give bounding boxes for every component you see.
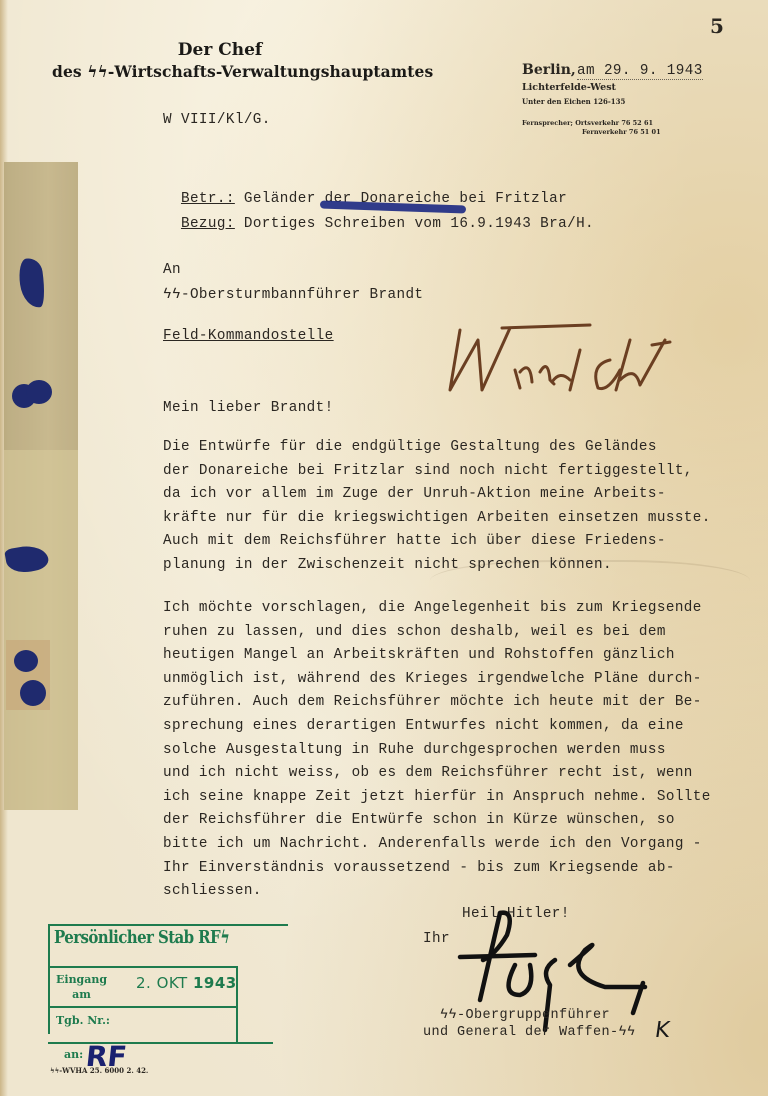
file-reference: W VIII/Kl/G. — [163, 112, 271, 128]
letter-date: am 29. 9. 1943 — [577, 63, 703, 80]
recipient-prefix: An — [163, 262, 181, 278]
ink-blot — [26, 380, 52, 404]
letterhead-department: des ϟϟ-Wirtschafts-Verwaltungshauptamtes — [52, 62, 433, 81]
handwritten-note-wundt — [420, 310, 690, 400]
letterhead-district: Lichterfelde-West — [522, 82, 616, 93]
stamp-divider — [48, 1006, 238, 1008]
stamp-date-day: 2. OKT — [136, 974, 193, 992]
greeting: Mein lieber Brandt! — [163, 400, 334, 416]
stamp-date-year: 1943 — [193, 974, 237, 992]
reference-label: Bezug: — [181, 216, 235, 232]
recipient-name: ϟϟ-Obersturmbannführer Brandt — [163, 287, 423, 303]
stamp-border-top — [48, 924, 288, 926]
letterhead-street: Unter den Eichen 126-135 — [522, 97, 625, 106]
stamp-border-left — [48, 924, 50, 1034]
ink-blot — [20, 680, 46, 706]
page-number: 5 — [710, 14, 724, 38]
letterhead-phone-long: Fernverkehr 76 51 01 — [582, 128, 661, 136]
stamp-journal-label: Tgb. Nr.: — [56, 1014, 110, 1027]
binding-tape-lower — [4, 450, 78, 810]
body-paragraph-2: Ich möchte vorschlagen, die Angelegenhei… — [163, 597, 711, 904]
stamp-divider — [48, 1042, 273, 1044]
closing-ihr: Ihr — [423, 931, 450, 947]
stamp-received-label: Eingang am — [56, 972, 107, 1002]
signer-rank: ϟϟ-Obergruppenführer — [440, 1008, 610, 1023]
body-paragraph-1: Die Entwürfe für die endgültige Gestaltu… — [163, 436, 711, 578]
stamp-border-right — [236, 966, 238, 1044]
stamp-header: Persönlicher Stab RFϟ — [54, 927, 229, 948]
letterhead-city: Berlin, — [522, 62, 576, 78]
letterhead-title: Der Chef — [0, 40, 440, 60]
handwritten-mark-k: K — [653, 1018, 671, 1043]
stamp-received-date: 2. OKT 1943 — [136, 974, 237, 992]
reference-text: Dortiges Schreiben vom 16.9.1943 Bra/H. — [235, 216, 594, 232]
stamp-divider — [48, 966, 238, 968]
received-stamp: Persönlicher Stab RFϟ Eingang am 2. OKT … — [48, 922, 258, 1057]
form-print-code: ϟϟ-WVHA 25. 6000 2. 42. — [50, 1066, 148, 1075]
ink-blot — [14, 650, 38, 672]
recipient-location: Feld-Kommandostelle — [163, 328, 334, 344]
signer-title: und General der Waffen-ϟϟ — [423, 1025, 636, 1040]
stamp-to-label: an: — [64, 1048, 83, 1061]
letterhead-phone-local: Fernsprecher; Ortsverkehr 76 52 61 — [522, 119, 653, 127]
